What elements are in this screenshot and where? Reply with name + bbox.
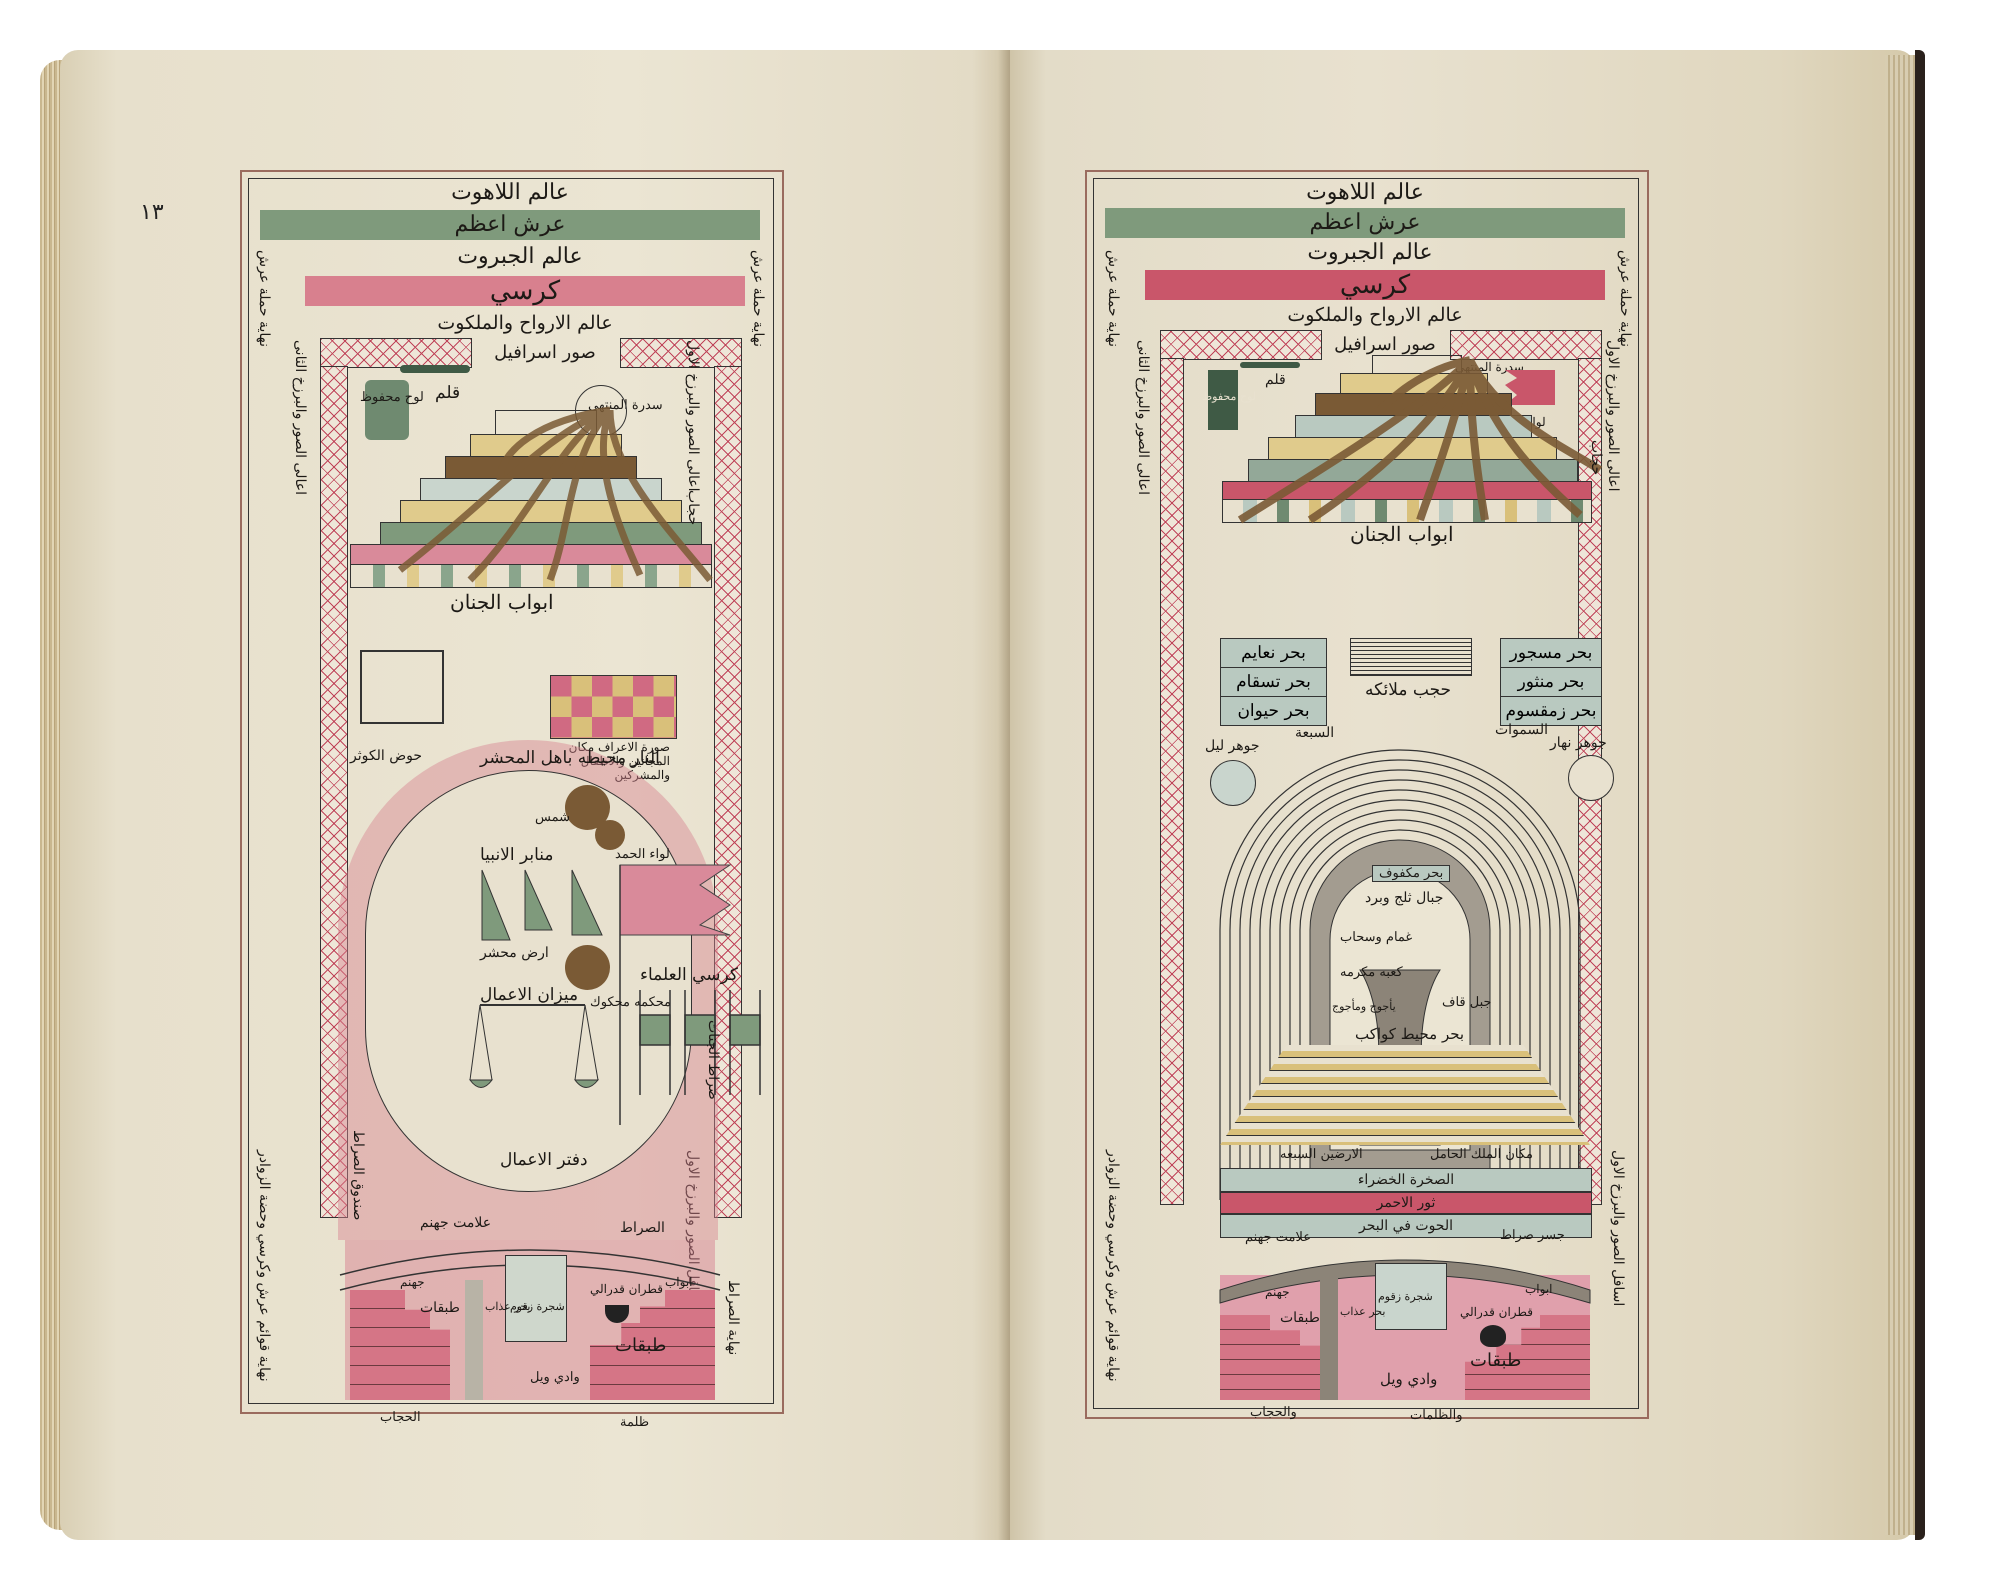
hatch-border-top-left bbox=[320, 338, 472, 368]
label-qatran: قطران قدرالي bbox=[1460, 1305, 1533, 1319]
label-zulma: ظلمة bbox=[620, 1415, 649, 1430]
side-label-inner-left: اعالى الصور والبرزخ الثانى bbox=[1135, 340, 1151, 495]
label-makan-malak: مكان الملك الحامل bbox=[1430, 1147, 1533, 1162]
label-abwab-hell: ابواب bbox=[1525, 1282, 1553, 1296]
hatch-border-top-right bbox=[620, 338, 742, 368]
hatch-border-left bbox=[1160, 358, 1184, 1205]
band-lahut: عالم اللاهوت bbox=[260, 178, 760, 208]
label-wadi: وادي ويل bbox=[530, 1370, 580, 1385]
label-nar: النار محيطه باهل المحشر bbox=[480, 748, 660, 768]
label-liwa: لواء الحمد bbox=[615, 847, 670, 862]
label-hijab: حجاب bbox=[1588, 440, 1604, 475]
label-manabir: منابر الانبيا bbox=[480, 845, 554, 865]
side-label-outer-right: نهاية حملة عرش bbox=[750, 250, 766, 347]
side-label-outer-left: نهاية حملة عرش bbox=[1105, 250, 1121, 347]
mahkama-disc bbox=[565, 945, 610, 990]
label-tabaqat-right: طبقات bbox=[1470, 1350, 1521, 1371]
tree-roots bbox=[340, 380, 740, 580]
label-zaqqum: شجرة زقوم bbox=[1378, 1290, 1433, 1303]
band-thawr: ثور الاحمر bbox=[1220, 1192, 1592, 1214]
side-label-bottom-left: نهاية قوائم عرش وكرسي وحضة الزوادر bbox=[1105, 1150, 1121, 1382]
band-jabarut: عالم الجبروت bbox=[290, 242, 750, 272]
book-cover-edge bbox=[1915, 50, 1925, 1540]
label-abwab-hell: ابواب bbox=[665, 1275, 693, 1289]
qalam-pen bbox=[400, 365, 470, 373]
liwa-flag bbox=[620, 865, 740, 945]
left-page: ١٣ عالم اللاهوت عرش اعظم عالم الجبروت كر… bbox=[60, 50, 1010, 1540]
label-shams: شمس bbox=[535, 810, 570, 825]
label-sirat-side: صراط الجنات bbox=[705, 1020, 721, 1100]
label-sirat: الصراط bbox=[620, 1220, 665, 1236]
sea-item: بحر زمقسوم bbox=[1501, 697, 1601, 725]
band-kursi: كرسي bbox=[1145, 270, 1605, 300]
label-ghamam: غمام وسحاب bbox=[1340, 930, 1412, 945]
side-label-bottom-right: اسافل الصور والبرزخ الاول bbox=[1610, 1150, 1626, 1306]
label-ard-mahshar: ارض محشر bbox=[480, 945, 549, 961]
label-hijab-malaika: حجب ملائكه bbox=[1365, 680, 1451, 700]
label-jahannam: جهنم bbox=[1265, 1285, 1290, 1299]
label-muhit: بحر محيط كواكب bbox=[1355, 1025, 1464, 1043]
label-jahannam: جهنم bbox=[400, 1275, 425, 1289]
band-sur: صور اسرافيل bbox=[470, 338, 620, 368]
label-tabaqat-right: طبقات bbox=[615, 1335, 666, 1356]
moon-disc bbox=[595, 820, 625, 850]
band-lahut: عالم اللاهوت bbox=[1105, 178, 1625, 208]
label-yajuj: يأجوج ومأجوج bbox=[1332, 1000, 1396, 1013]
band-arwah: عالم الارواح والملكوت bbox=[315, 308, 735, 338]
sea-item: بحر مسجور bbox=[1501, 639, 1601, 668]
band-arsh: عرش اعظم bbox=[260, 210, 760, 240]
label-wadi: وادي ويل bbox=[1380, 1370, 1437, 1388]
band-kursi: كرسي bbox=[305, 276, 745, 306]
page-edges-right bbox=[1885, 55, 1915, 1535]
label-tabaqat-left: طبقات bbox=[420, 1300, 460, 1316]
label-nihaya-sirat: نهاية الصراط bbox=[725, 1280, 741, 1355]
right-page: عالم اللاهوت عرش اعظم عالم الجبروت كرسي … bbox=[1010, 50, 1915, 1540]
label-kursi-ulama: كرسي العلماء bbox=[640, 965, 738, 985]
label-aradin: الارضين السبعه bbox=[1280, 1147, 1363, 1162]
tree-roots bbox=[1220, 350, 1620, 550]
side-label-outer-right: نهاية حملة عرش bbox=[1617, 250, 1633, 347]
label-daftar: دفتر الاعمال bbox=[500, 1150, 588, 1170]
sea-item: بحر تسقام bbox=[1221, 668, 1326, 697]
bahr-azab-column bbox=[465, 1280, 483, 1400]
label-sandal: صندوق الصراط bbox=[350, 1130, 366, 1220]
band-sakhra: الصخرة الخضراء bbox=[1220, 1168, 1592, 1192]
label-bahr-azab: بحر عذاب bbox=[1340, 1305, 1385, 1318]
band-arsh: عرش اعظم bbox=[1105, 208, 1625, 238]
folio-number: ١٣ bbox=[140, 200, 164, 225]
seas-table-left: بحر نعايم بحر تسقام بحر حيوان bbox=[1220, 638, 1327, 726]
zaqqum-tree-box bbox=[505, 1255, 567, 1342]
mizan-scales bbox=[470, 1000, 600, 1100]
qatran-cauldron bbox=[1480, 1325, 1506, 1347]
label-hawd: حوض الكوثر bbox=[350, 748, 422, 764]
side-label-inner-left: اعالى الصور والبرزخ الثانى bbox=[292, 340, 308, 495]
label-samawat: السموات bbox=[1495, 722, 1548, 738]
hijab-malaika-lines bbox=[1350, 638, 1472, 676]
side-label-outer-left: نهاية حملة عرش bbox=[256, 250, 272, 347]
label-qatran: قطران قدرالي bbox=[590, 1282, 663, 1296]
bahr-azab-column bbox=[1320, 1275, 1338, 1400]
label-alamat: علامت جهنم bbox=[1245, 1230, 1311, 1245]
label-bahr-azab: بحر عذاب bbox=[485, 1300, 530, 1313]
label-sab-a: السبعة bbox=[1295, 725, 1334, 741]
label-hijab: حجاب bbox=[685, 490, 701, 525]
label-hijab-hell: والحجاب bbox=[1250, 1405, 1297, 1420]
open-manuscript: ١٣ عالم اللاهوت عرش اعظم عالم الجبروت كر… bbox=[40, 50, 1940, 1540]
band-arwah: عالم الارواح والملكوت bbox=[1155, 300, 1595, 330]
label-alamat: علامت جهنم bbox=[420, 1215, 491, 1231]
label-hijab-hell: الحجاب bbox=[380, 1410, 421, 1425]
label-qaf: جبل قاف bbox=[1442, 995, 1492, 1010]
sea-item: بحر منثور bbox=[1501, 668, 1601, 697]
label-abwab-jinan: ابواب الجنان bbox=[450, 590, 554, 614]
sea-item: بحر نعايم bbox=[1221, 639, 1326, 668]
sea-item: بحر حيوان bbox=[1221, 697, 1326, 725]
label-abwab-jinan: ابواب الجنان bbox=[1350, 522, 1454, 546]
araf-grid bbox=[550, 675, 677, 739]
band-jabarut: عالم الجبروت bbox=[1135, 238, 1605, 268]
label-zulumat: والظلمات bbox=[1410, 1408, 1463, 1423]
label-bahr-makfuf: بحر مكفوف bbox=[1372, 865, 1450, 882]
hawd-kawthar-pool bbox=[360, 650, 444, 724]
seas-table-right: بحر مسجور بحر منثور بحر زمقسوم bbox=[1500, 638, 1602, 726]
label-tabaqat-left: طبقات bbox=[1280, 1310, 1320, 1326]
label-jisr: جسر صراط bbox=[1500, 1228, 1565, 1243]
label-jibal: جبال ثلج وبرد bbox=[1365, 890, 1443, 906]
side-label-bottom-left: نهاية قوائم عرش وكرسي وحضة الزوادر bbox=[256, 1150, 272, 1382]
label-kaaba: كعبه مكرمه bbox=[1340, 965, 1403, 980]
minbar-triangles bbox=[480, 865, 620, 945]
